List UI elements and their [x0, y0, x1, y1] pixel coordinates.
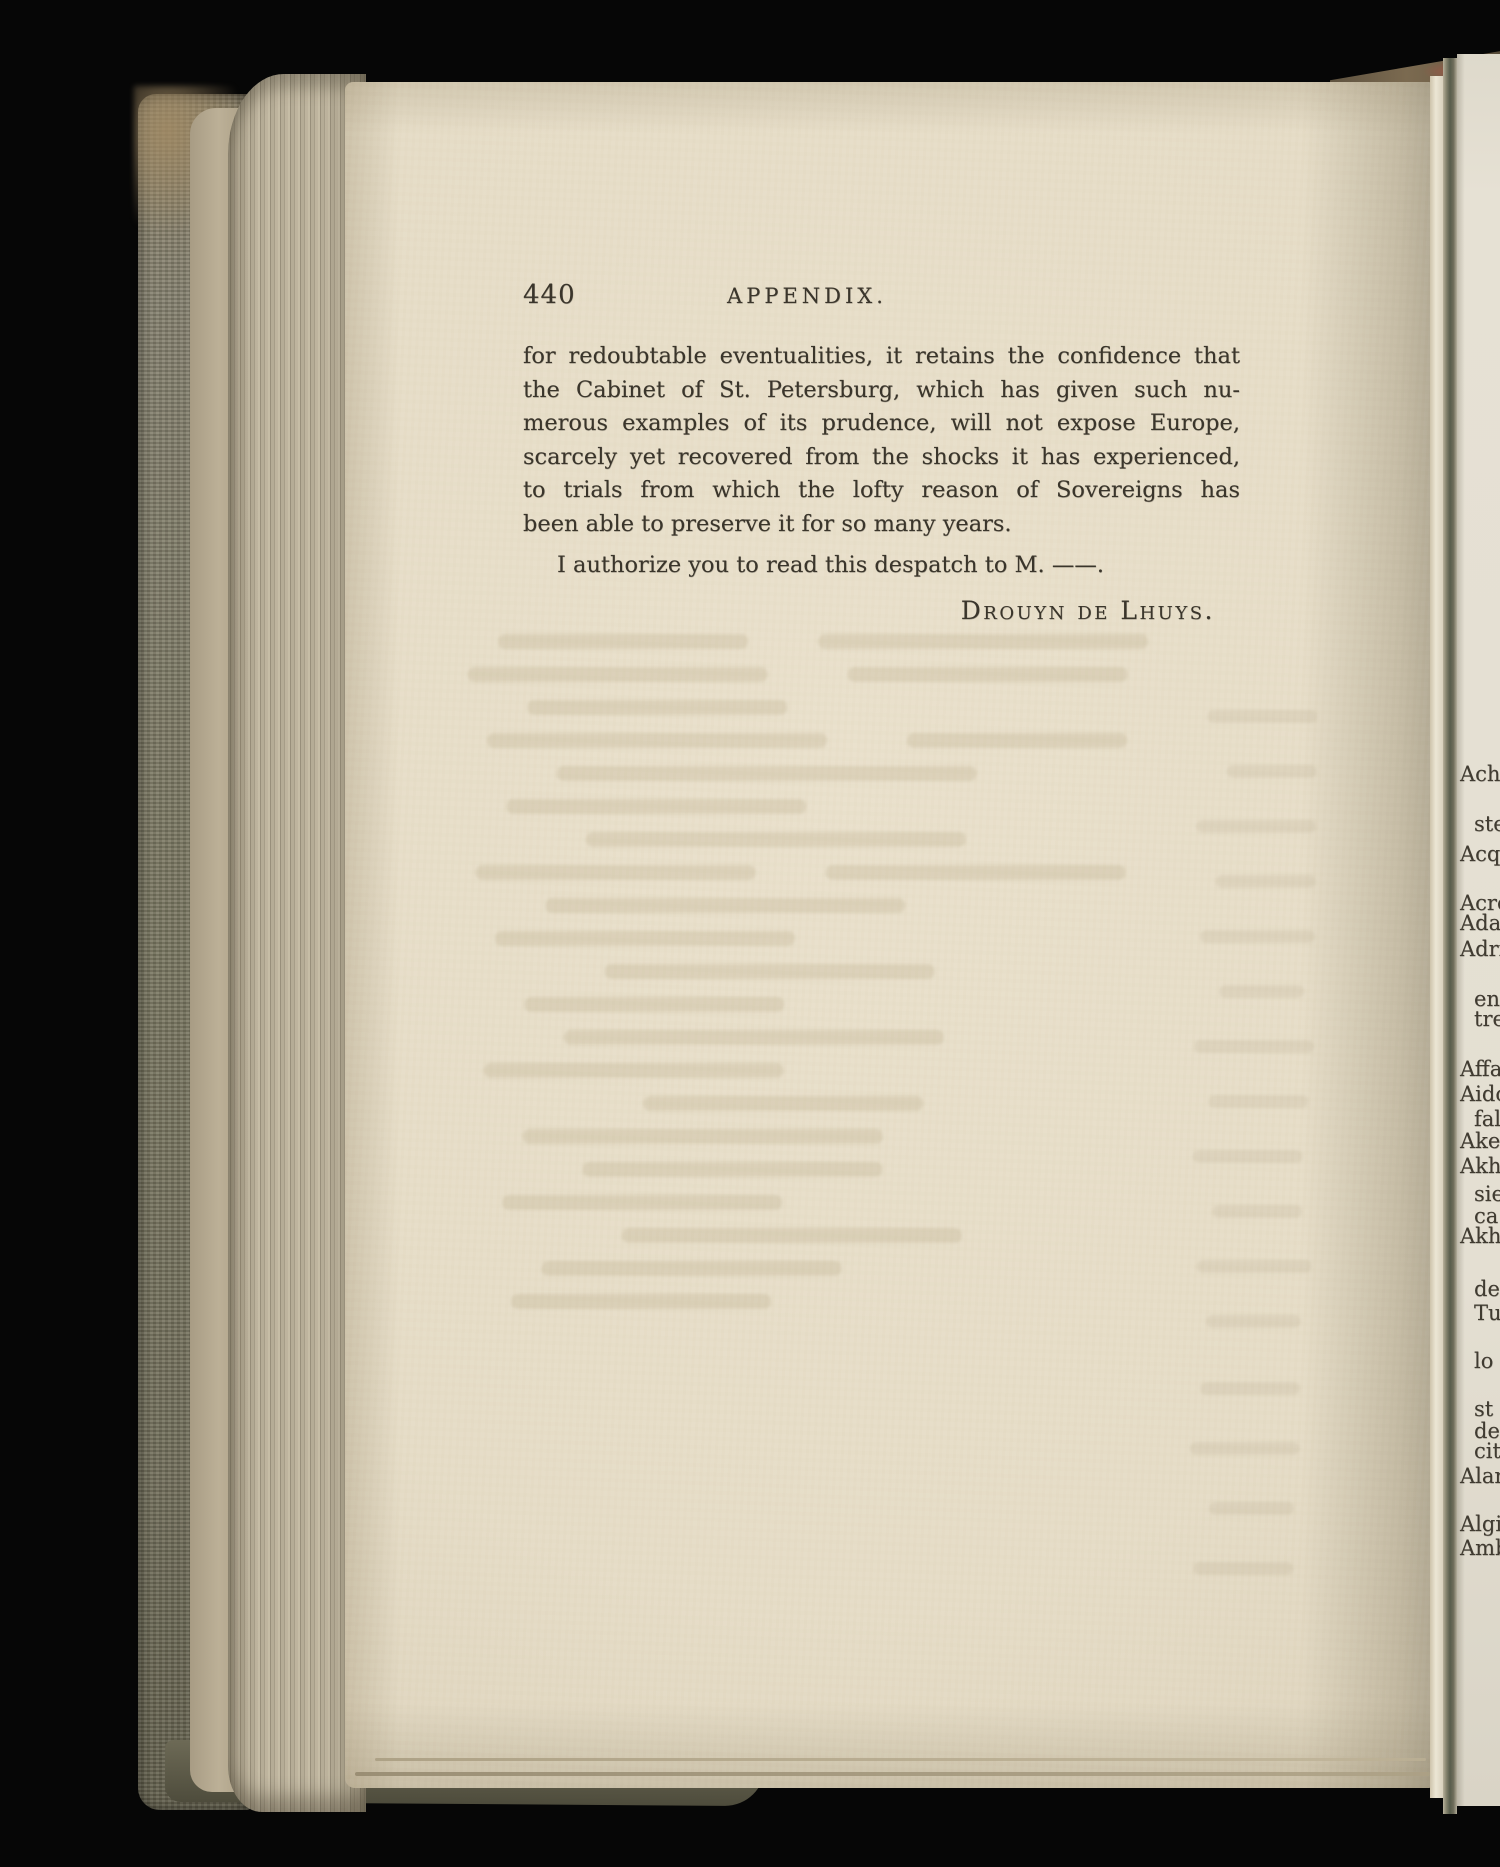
body-line: scarcely yet recovered from the shocks i…	[523, 441, 1240, 475]
body-line: the Cabinet of St. Petersburg, which has…	[523, 374, 1240, 408]
body-line: to trials from which the lofty reason of…	[523, 474, 1240, 508]
ghost-text-bar	[1200, 930, 1315, 943]
ghost-text-bar	[582, 1162, 882, 1177]
ghost-text-bar	[1207, 710, 1317, 723]
ghost-text-bar	[1212, 1205, 1302, 1218]
gutter-shadow	[1443, 58, 1457, 1814]
ghost-text-bar	[826, 865, 1126, 880]
ghost-text-bar	[1208, 1095, 1308, 1108]
index-entry-fragment: Affair o	[1460, 1057, 1500, 1081]
ghost-text-bar	[476, 865, 756, 880]
body-paragraph: for redoubtable eventualities, it retain…	[523, 340, 1240, 541]
ghost-text-bar	[495, 931, 795, 946]
page-bottom-edge	[375, 1758, 1426, 1761]
facing-index-page-fragments: AchmesteAcquisAcre, rAda-KaAdrianentreAf…	[1457, 54, 1500, 1806]
ghost-text-bar	[1196, 820, 1316, 833]
ghost-text-bar	[1190, 1442, 1300, 1455]
ghost-text-bar	[818, 634, 1148, 649]
ghost-text-bar	[527, 700, 787, 715]
ghost-text-bar	[468, 667, 768, 682]
index-entry-fragment: fall	[1474, 1107, 1500, 1131]
index-entry-fragment: tre	[1474, 1007, 1500, 1031]
ghost-text-bar	[487, 733, 827, 748]
body-line: been able to preserve it for so many yea…	[523, 508, 1240, 542]
index-entry-fragment: Tu	[1474, 1301, 1500, 1325]
ghost-text-bar	[523, 1129, 883, 1144]
index-entry-fragment: cit	[1474, 1439, 1500, 1463]
ghost-text-bar	[524, 997, 784, 1012]
ghost-text-bar	[1200, 1382, 1300, 1395]
ghost-text-bar	[1206, 1315, 1301, 1328]
left-page: 440 APPENDIX. for redoubtable eventualit…	[345, 82, 1432, 1788]
ghost-text-bar	[1209, 1502, 1294, 1515]
body-line: for redoubtable eventualities, it retain…	[523, 340, 1240, 374]
ghost-text-bar	[643, 1096, 923, 1111]
ghost-text-bar	[511, 1294, 771, 1309]
show-through-ghost-text	[336, 82, 1441, 1788]
ghost-text-bar	[1219, 985, 1304, 998]
index-entry-fragment: lo	[1474, 1349, 1493, 1373]
index-entry-fragment: Aidos, p	[1460, 1082, 1500, 1106]
index-entry-fragment: Alarm	[1460, 1464, 1500, 1488]
index-entry-fragment: Aker-m	[1460, 1129, 1500, 1153]
index-entry-fragment: Ambas	[1460, 1536, 1500, 1560]
ghost-text-bar	[907, 733, 1127, 748]
ghost-text-bar	[605, 964, 935, 979]
ghost-text-bar	[502, 1195, 782, 1210]
ghost-text-bar	[564, 1030, 944, 1045]
index-entry-fragment: Algiers	[1460, 1512, 1500, 1536]
index-entry-fragment: Akhalk	[1460, 1154, 1500, 1178]
page-bottom-edge	[355, 1772, 1430, 1776]
ghost-text-bar	[557, 766, 977, 781]
signature-line: Drouyn de Lhuys.	[961, 596, 1215, 625]
ghost-text-bar	[506, 799, 806, 814]
ghost-text-bar	[1193, 1150, 1303, 1163]
ghost-text-bar	[848, 667, 1128, 682]
ghost-text-bar	[498, 634, 748, 649]
authorize-line: I authorize you to read this despatch to…	[557, 552, 1104, 578]
index-entry-fragment: Ada-Ka	[1460, 911, 1500, 935]
index-entry-fragment: de	[1474, 1277, 1500, 1301]
index-entry-fragment: Adrian	[1460, 937, 1500, 961]
index-entry-fragment: Achme	[1460, 762, 1500, 786]
body-line: merous examples of its prudence, will no…	[523, 407, 1240, 441]
ghost-text-bar	[1194, 1040, 1314, 1053]
index-entry-fragment: sie	[1474, 1182, 1500, 1206]
scanned-book-photo: 440 APPENDIX. for redoubtable eventualit…	[0, 0, 1500, 1867]
index-entry-fragment: st	[1474, 1397, 1493, 1421]
ghost-text-bar	[622, 1228, 962, 1243]
ghost-text-bar	[1215, 875, 1315, 888]
ghost-text-bar	[541, 1261, 841, 1276]
ghost-text-bar	[586, 832, 966, 847]
index-entry-fragment: Acquis	[1460, 842, 1500, 866]
index-entry-fragment: Akhalt	[1460, 1224, 1500, 1248]
ghost-text-bar	[545, 898, 905, 913]
page-number: 440	[523, 280, 576, 310]
ghost-text-bar	[484, 1063, 784, 1078]
index-entry-fragment: ste	[1474, 812, 1500, 836]
ghost-text-bar	[1227, 765, 1317, 778]
ghost-text-bar	[1196, 1260, 1311, 1273]
ghost-text-bar	[1193, 1562, 1293, 1575]
page-edge-highlight	[1430, 76, 1443, 1798]
paper-texture	[345, 82, 1432, 1788]
running-head: APPENDIX.	[672, 284, 942, 308]
